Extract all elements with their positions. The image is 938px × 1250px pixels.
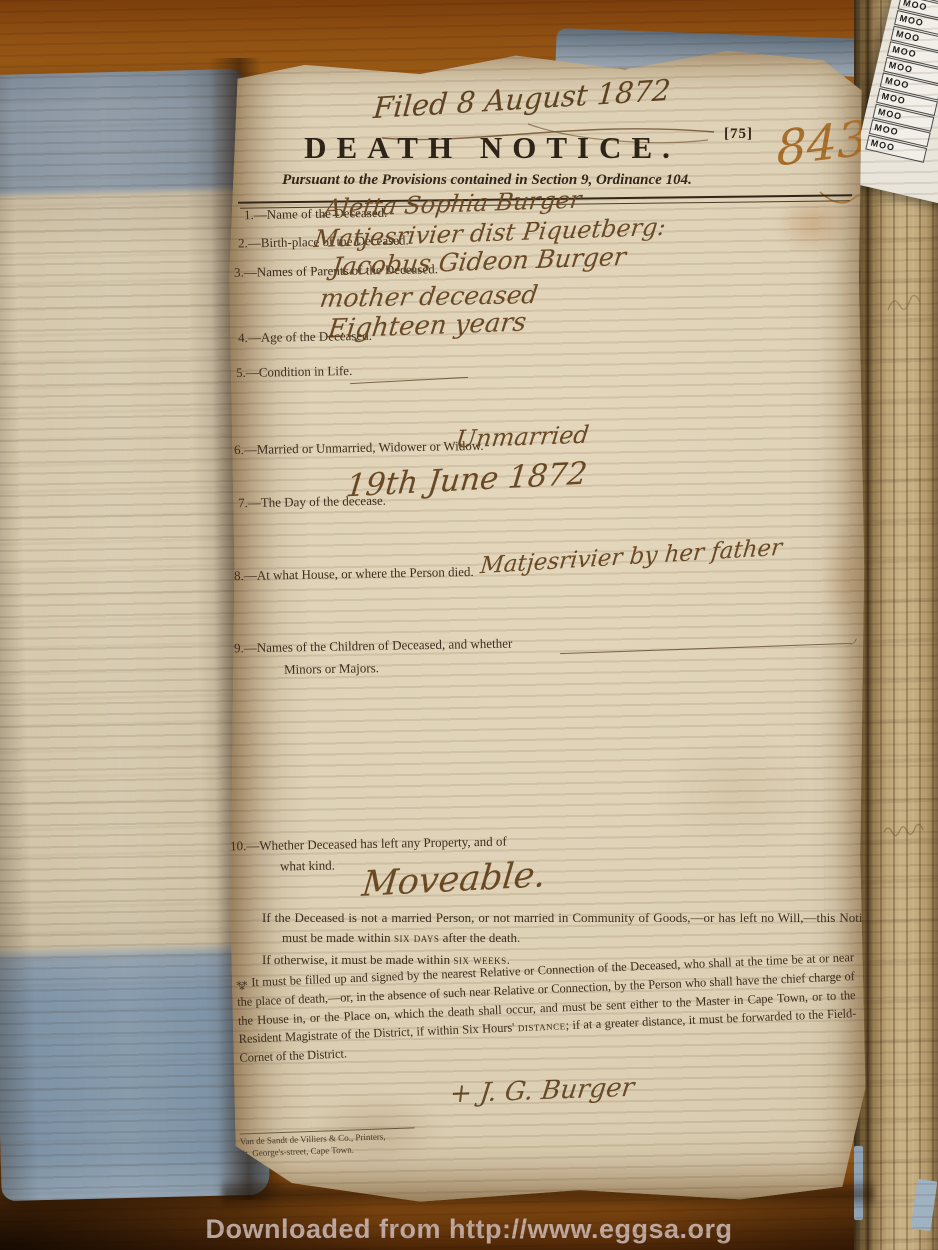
stain xyxy=(824,524,868,634)
paragraph-text: If the Deceased is not a married Person,… xyxy=(262,910,874,945)
field-value-8: Matjesrivier by her father xyxy=(479,535,783,580)
blank-answer-line xyxy=(350,377,468,384)
paragraph-text: after the death. xyxy=(439,930,520,945)
asterism-mark: ⁂ xyxy=(236,976,248,993)
field-value-6: Unmarried xyxy=(454,421,590,454)
paragraph-text: If otherwise, it must be made within xyxy=(262,952,453,967)
blank-answer-line xyxy=(560,643,852,654)
field-label-10-line2: what kind. xyxy=(280,858,335,875)
filed-annotation: Filed 8 August 1872 xyxy=(331,70,713,127)
field-label-9-line2: Minors or Majors. xyxy=(284,660,379,678)
handwriting-fragment xyxy=(884,290,924,316)
photograph-of-death-notice: MOO MOO MOO MOO MOO MOO MOO MOO MOO MOO … xyxy=(0,0,938,1250)
form-subtitle: Pursuant to the Provisions contained in … xyxy=(236,172,738,189)
field-value-7: 19th June 1872 xyxy=(344,456,589,505)
handwriting-fragment xyxy=(882,818,932,838)
field-label-8: 8.—At what House, or where the Person di… xyxy=(234,564,474,584)
field-label-10: 10.—Whether Deceased has left any Proper… xyxy=(230,834,507,855)
paragraph-smallcaps: distance xyxy=(518,1019,566,1035)
page-reference: [75] xyxy=(724,126,753,143)
form-title: DEATH NOTICE. xyxy=(290,130,694,166)
field-label-6: 6.—Married or Unmarried, Widower or Wido… xyxy=(234,438,484,458)
stain xyxy=(658,734,818,854)
signature: + J. G. Burger xyxy=(448,1073,636,1110)
field-label-5: 5.—Condition in Life. xyxy=(236,363,353,381)
field-value-4: Eighteen years xyxy=(326,307,528,344)
paragraph-smallcaps: six days xyxy=(394,930,439,945)
field-label-9: 9.—Names of the Children of Deceased, an… xyxy=(234,636,513,657)
instruction-paragraph-1: If the Deceased is not a married Person,… xyxy=(262,908,874,947)
field-value-10: Moveable. xyxy=(360,855,548,905)
watermark-text: Downloaded from http://www.eggsa.org xyxy=(0,1214,938,1245)
death-notice-form: Filed 8 August 1872 [75] DEATH NOTICE. P… xyxy=(228,44,868,1204)
